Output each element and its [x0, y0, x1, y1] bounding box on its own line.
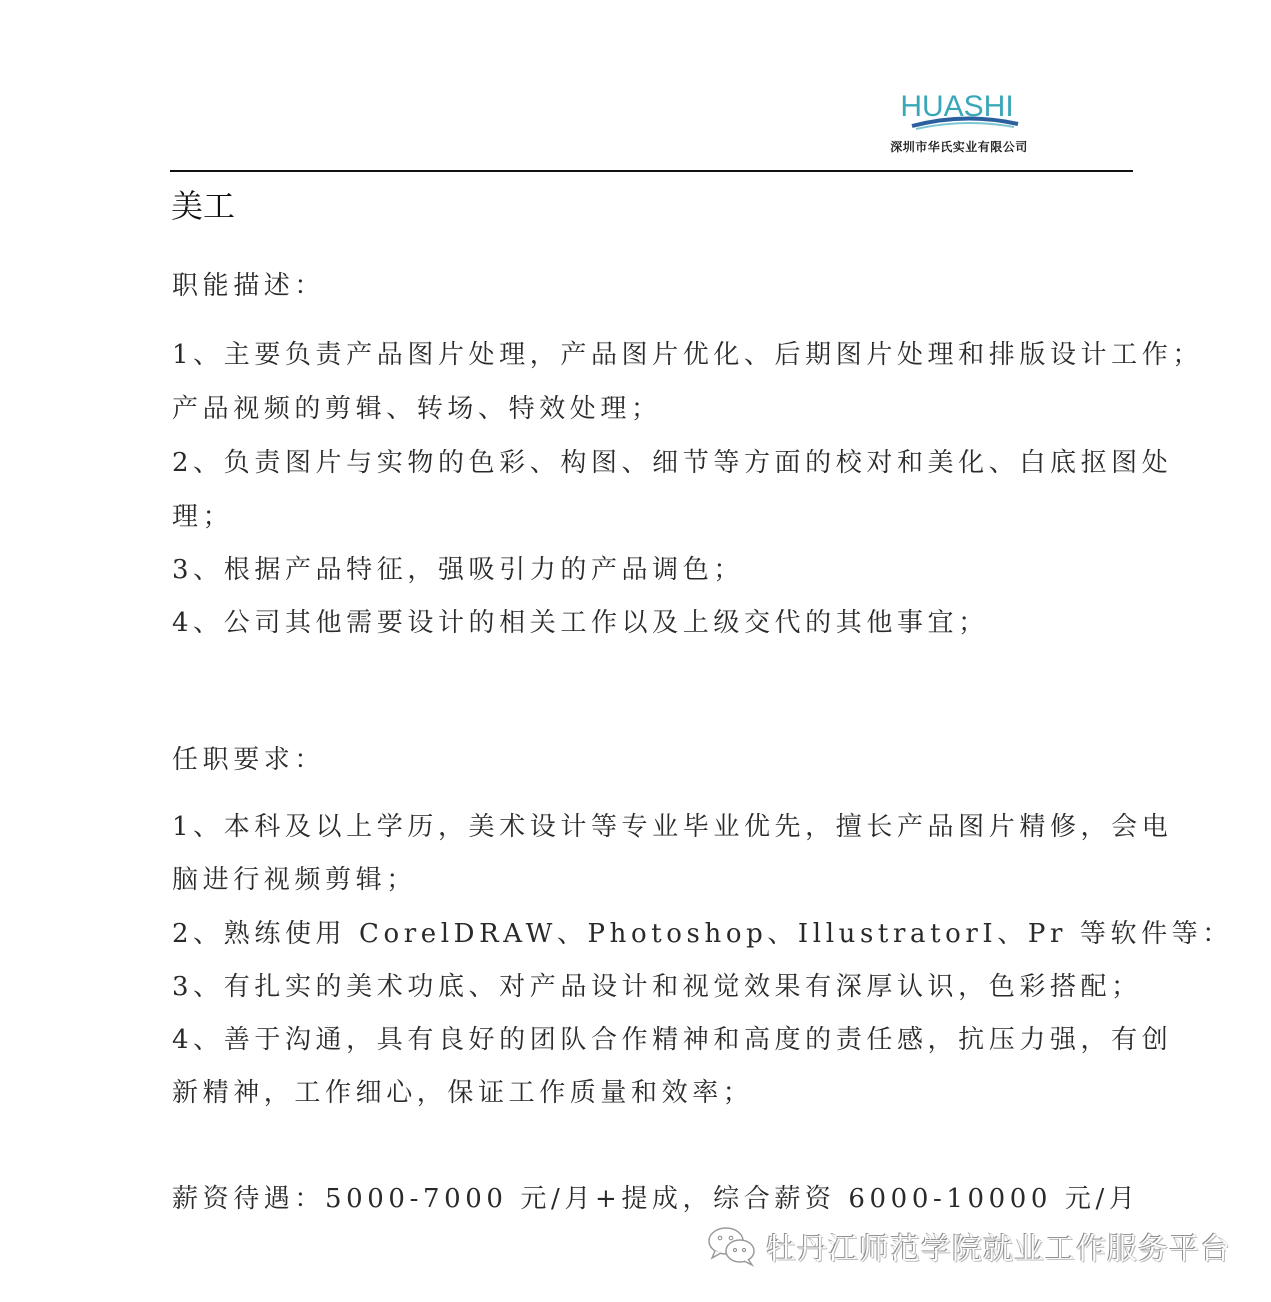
wechat-icon — [706, 1225, 758, 1267]
duty-line: 1、主要负责产品图片处理，产品图片优化、后期图片处理和排版设计工作； — [172, 328, 1203, 382]
requirement-line: 4、善于沟通，具有良好的团队合作精神和高度的责任感，抗压力强，有创 — [172, 1013, 1172, 1067]
logo-wave-icon — [910, 114, 1020, 130]
requirement-line: 脑进行视频剪辑； — [172, 853, 417, 907]
requirement-line: 新精神，工作细心，保证工作质量和效率； — [172, 1066, 753, 1120]
source-watermark: 牡丹江师范学院就业工作服务平台 — [706, 1224, 1231, 1268]
requirements-heading: 任职要求： — [172, 733, 325, 787]
duty-line: 产品视频的剪辑、转场、特效处理； — [172, 382, 662, 436]
company-name: 深圳市华氏实业有限公司 — [874, 138, 1044, 155]
company-logo: HUASHI 深圳市华氏实业有限公司 — [890, 92, 1060, 155]
header-divider — [170, 170, 1133, 172]
duty-line: 4、公司其他需要设计的相关工作以及上级交代的其他事宜； — [172, 596, 989, 650]
page-title: 美工 — [171, 181, 235, 227]
duty-line: 理； — [172, 490, 233, 544]
requirement-line: 1、本科及以上学历，美术设计等专业毕业优先，擅长产品图片精修，会电 — [172, 800, 1172, 854]
duty-line: 3、根据产品特征，强吸引力的产品调色； — [172, 543, 744, 597]
duties-heading: 职能描述： — [172, 259, 325, 313]
watermark-text: 牡丹江师范学院就业工作服务平台 — [766, 1224, 1231, 1268]
requirement-line: 3、有扎实的美术功底、对产品设计和视觉效果有深厚认识，色彩搭配； — [172, 960, 1142, 1014]
requirement-line: 2、熟练使用 CorelDRAW、Photoshop、IllustratorI、… — [172, 907, 1233, 961]
duty-line: 2、负责图片与实物的色彩、构图、细节等方面的校对和美化、白底抠图处 — [172, 436, 1172, 490]
salary-info: 薪资待遇：5000-7000 元/月+提成，综合薪资 6000-10000 元/… — [172, 1172, 1139, 1226]
